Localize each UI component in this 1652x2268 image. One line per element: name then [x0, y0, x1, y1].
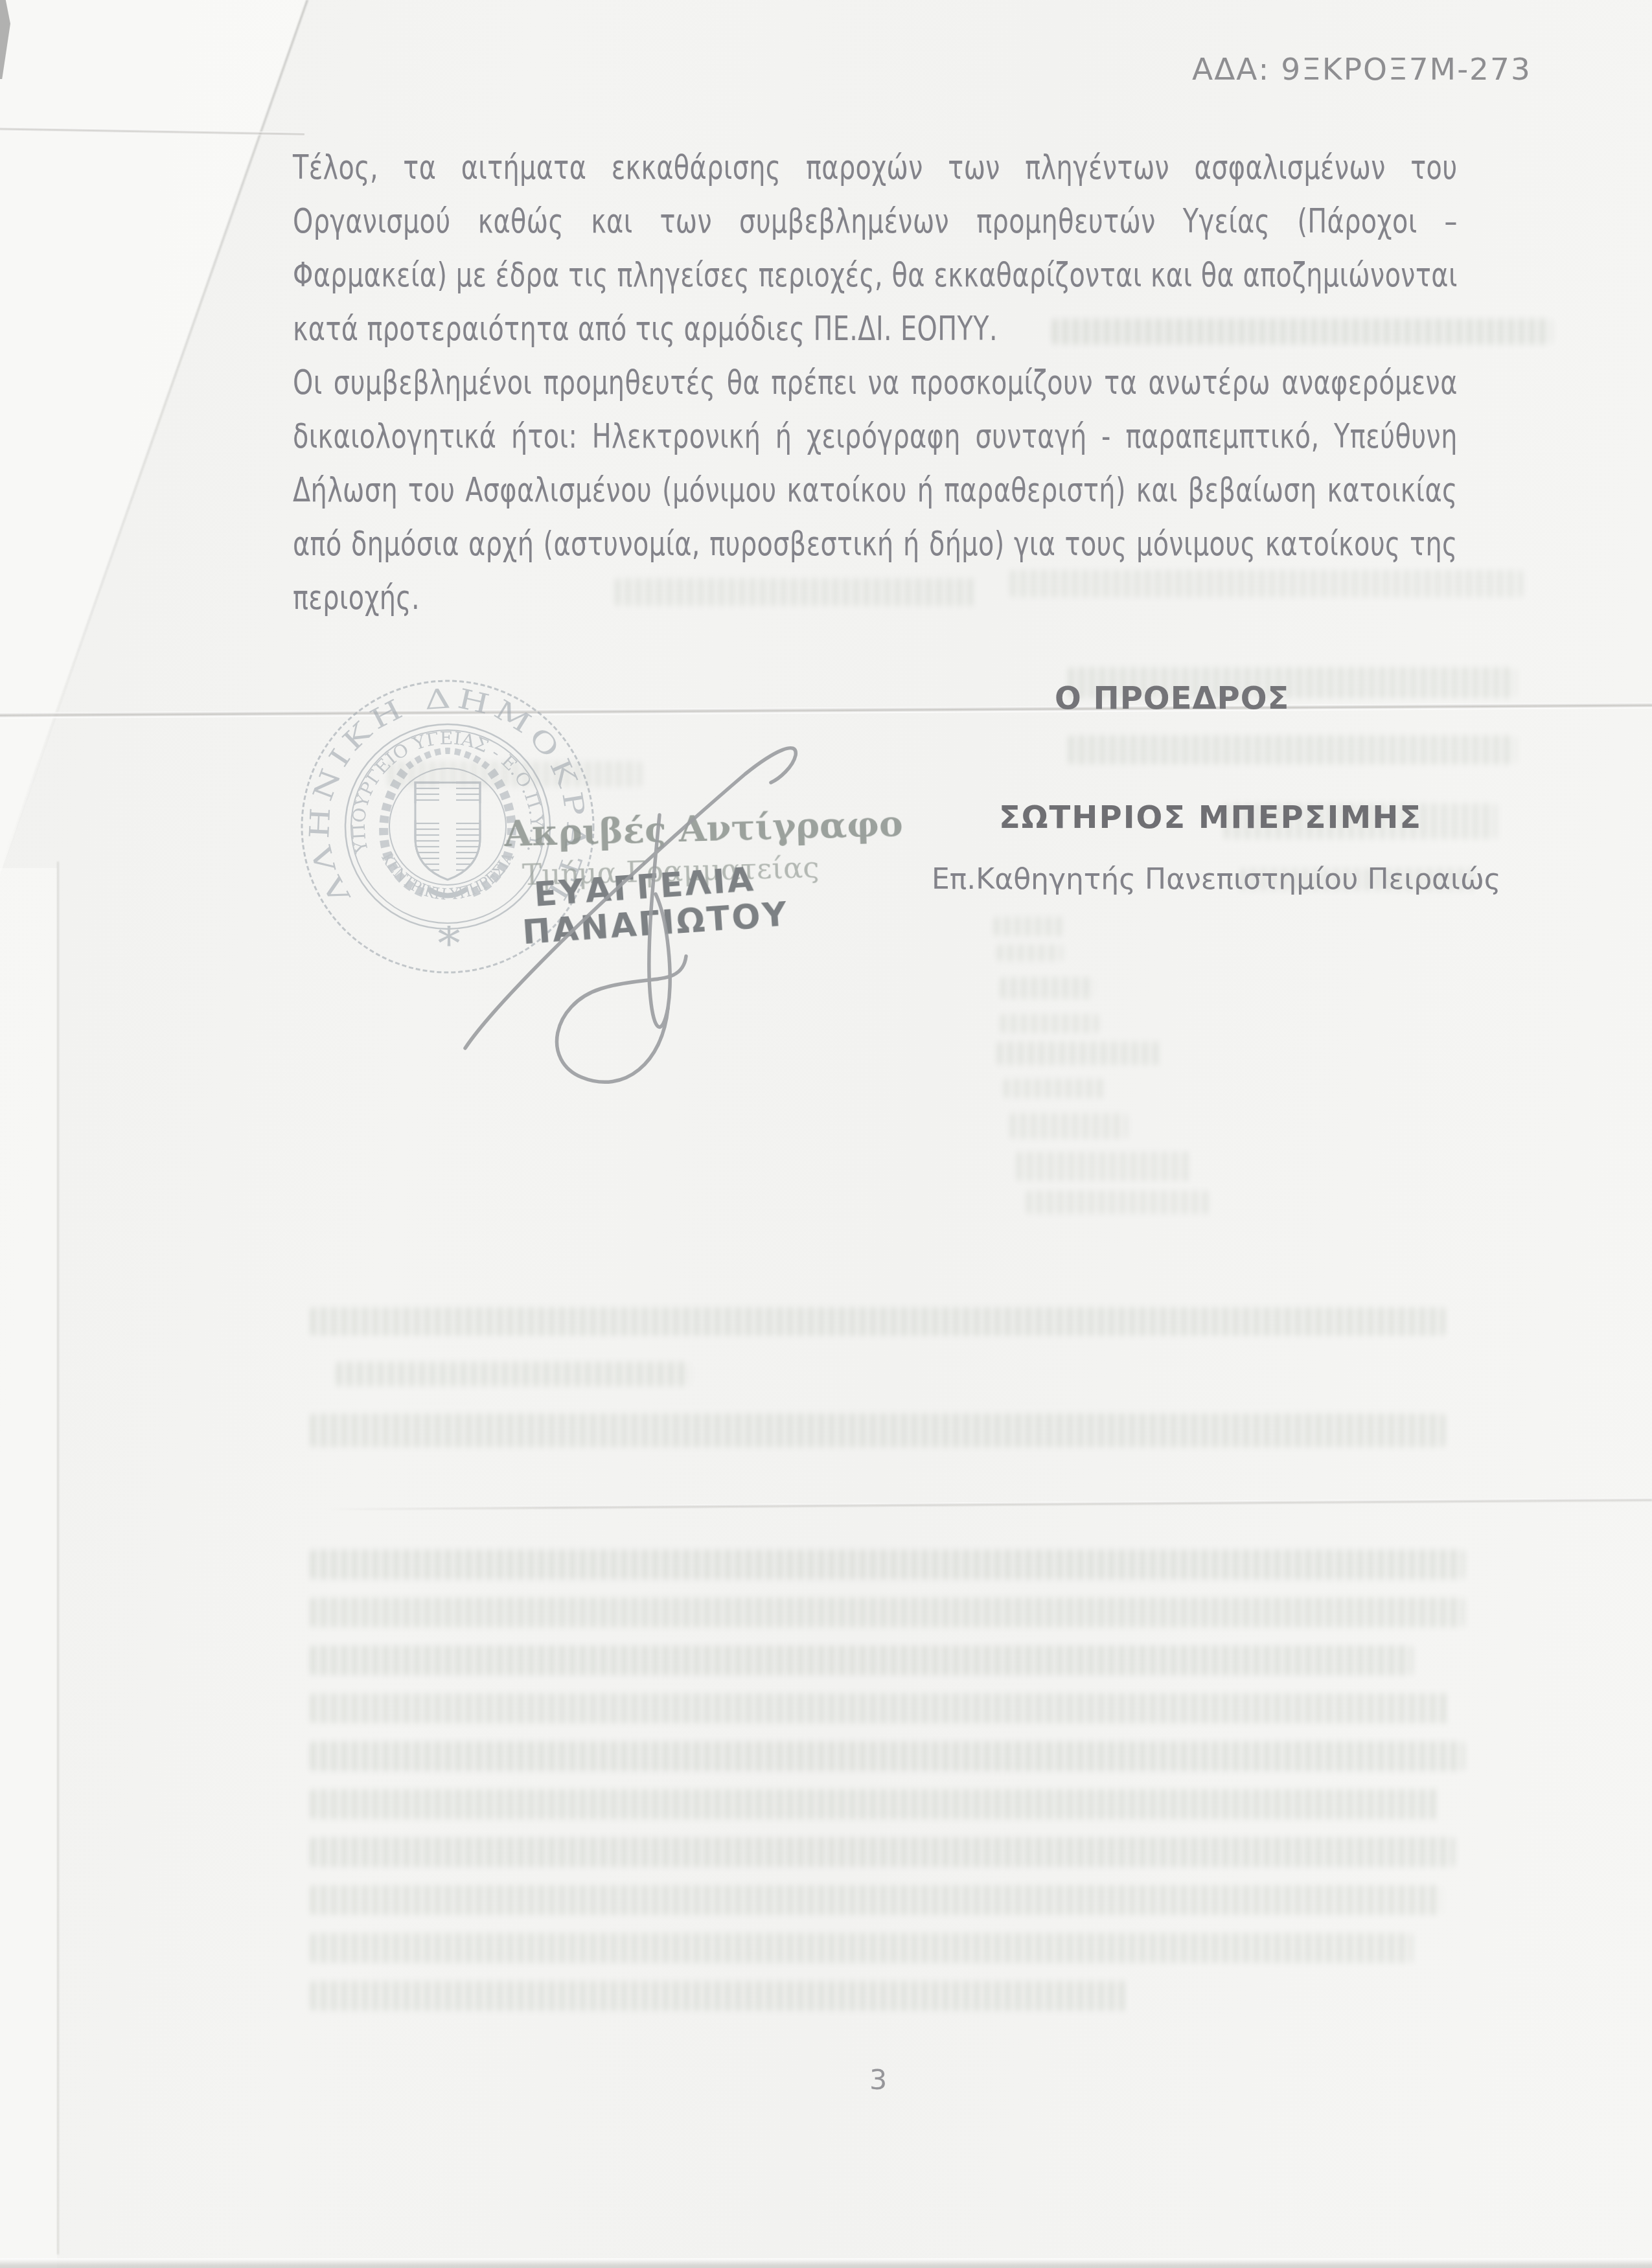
ghost-text-line — [1011, 1113, 1127, 1139]
page-bottom-edge — [0, 2258, 1652, 2268]
ghost-text-line — [311, 1414, 1445, 1447]
signer-name: ΣΩΤΗΡΙΟΣ ΜΠΕΡΣΙΜΗΣ — [999, 799, 1422, 836]
page-left-edge-area — [0, 868, 57, 2268]
paragraph-line: Τέλος, τα αιτήματα εκκαθάρισης παροχών τ… — [293, 141, 1458, 195]
ghost-text-line — [311, 1789, 1438, 1819]
ghost-text-line — [311, 1885, 1441, 1915]
scanned-document-page: ΑΔΑ: 9ΞΚΡΟΞ7Μ-273 Τέλος, τα αιτήματα εκκ… — [0, 0, 1652, 2268]
ghost-text-line — [1001, 1014, 1098, 1033]
ghost-text-line — [1004, 1079, 1108, 1098]
signer-role: Επ.Καθηγητής Πανεπιστημίου Πειραιώς — [932, 863, 1501, 896]
crease-line — [324, 1498, 1652, 1511]
paragraph-line: δικαιολογητικά ήτοι: Ηλεκτρονική ή χειρό… — [293, 410, 1458, 464]
president-title: Ο ΠΡΟΕΔΡΟΣ — [1055, 680, 1289, 716]
paragraph-line: από δημόσια αρχή (αστυνομία, πυροσβεστικ… — [293, 518, 1458, 571]
ghost-text-line — [311, 1837, 1454, 1867]
paragraph-line: Οργανισμού καθώς και των συμβεβλημένων π… — [293, 195, 1458, 249]
ghost-text-line — [311, 1598, 1464, 1627]
ghost-text-line — [1017, 1152, 1192, 1181]
paragraph-line: Οι συμβεβλημένοι προμηθευτές θα πρέπει ν… — [293, 356, 1458, 410]
ghost-text-line — [311, 1933, 1412, 1963]
ghost-text-line — [311, 1981, 1127, 2011]
ghost-text-line — [998, 945, 1062, 961]
paragraph-line: κατά προτεραιότητα από τις αρμόδιες ΠΕ.Δ… — [293, 303, 1458, 356]
body-paragraph-2: Οι συμβεβλημένοι προμηθευτές θα πρέπει ν… — [293, 356, 1458, 625]
ghost-text-line — [311, 1307, 1445, 1336]
ghost-text-line — [998, 1042, 1160, 1065]
body-paragraph-1: Τέλος, τα αιτήματα εκκαθάρισης παροχών τ… — [293, 141, 1458, 356]
page-number: 3 — [869, 2064, 887, 2096]
page-left-edge-line — [57, 862, 59, 2254]
ghost-text-line — [311, 1550, 1464, 1579]
ghost-text-line — [1027, 1191, 1208, 1214]
ghost-text-line — [311, 1693, 1451, 1723]
paragraph-line: περιοχής. — [293, 571, 1458, 625]
ghost-text-line — [337, 1362, 690, 1386]
ada-reference: ΑΔΑ: 9ΞΚΡΟΞ7Μ-273 — [1192, 52, 1532, 87]
paragraph-line: Δήλωση του Ασφαλισμένου (μόνιμου κατοίκο… — [293, 464, 1458, 518]
ghost-text-line — [1001, 977, 1095, 999]
ghost-text-line — [1069, 735, 1516, 764]
ghost-text-line — [311, 1645, 1412, 1675]
handwritten-signature — [389, 680, 907, 1134]
ghost-text-line — [311, 1741, 1464, 1771]
ghost-text-line — [994, 917, 1066, 936]
paragraph-line: Φαρμακεία) με έδρα τις πληγείσες περιοχέ… — [293, 249, 1458, 303]
